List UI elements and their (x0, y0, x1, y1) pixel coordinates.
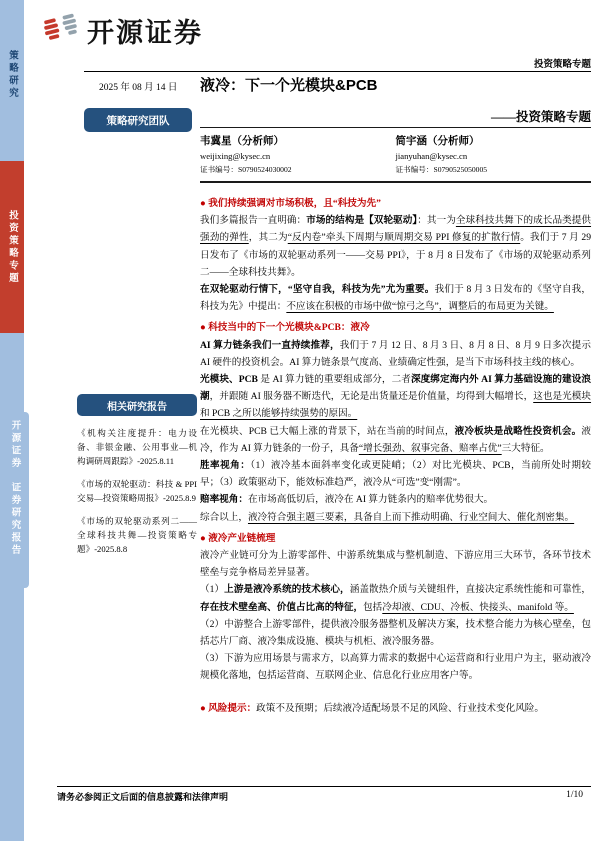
body-blocks: ● 我们持续强调对市场积极，且“科技为先”我们多篇报告一直明确：市场的结构是【双… (200, 191, 591, 717)
body-paragraph: 在双轮驱动行情下，“坚守自我，科技为先”尤为重要。我们于 8 月 3 日发布的《… (200, 281, 591, 315)
text-segment: 上游是液冷系统的技术核心， (224, 584, 350, 595)
footer-divider (57, 786, 591, 787)
body-paragraph: 在光模块、PCB 已大幅上涨的背景下，站在当前的时间点，液冷板块是战略性投资机会… (200, 423, 591, 457)
section-heading: ● 液冷产业链梳理 (200, 530, 591, 547)
sidebar-label-research: 策略研究 (0, 50, 24, 100)
analyst-email: weijixing@kysec.cn (200, 151, 396, 161)
text-segment: 综合以上， (200, 512, 248, 523)
analysts-row: 韦冀星（分析师）weijixing@kysec.cn证书编号：S07905240… (200, 133, 591, 175)
sidebar-label-research-text: 策略研究 (5, 50, 19, 100)
text-segment: 冷却液、CDU、冷板、快接头、manifold 等。 (382, 602, 574, 613)
body-paragraph: 我们多篇报告一直明确：市场的结构是【双轮驱动】：其一为全球科技共舞下的成长品类提… (200, 212, 591, 281)
text-segment: （2）中游整合上游零部件，提供液冷服务器整机及解决方案，技术整合能力为核心壁垒，… (200, 619, 591, 647)
related-reports: 相关研究报告 《机构关注度提升：电力设备、非银金融、公用事业—机构调研周跟踪》-… (77, 394, 197, 565)
related-reports-list: 《机构关注度提升：电力设备、非银金融、公用事业—机构调研周跟踪》-2025.8.… (77, 426, 197, 556)
analyst-card: 韦冀星（分析师）weijixing@kysec.cn证书编号：S07905240… (200, 133, 396, 175)
brand-logo-icon (42, 10, 82, 51)
text-segment: 在光模块、PCB 已大幅上涨的背景下，站在当前的时间点， (200, 426, 455, 437)
body-paragraph: 赔率视角：在市场高低切后，液冷在 AI 算力链条内的赔率优势很大。 (200, 491, 591, 508)
analyst-block: 韦冀星（分析师）weijixing@kysec.cn证书编号：S07905240… (200, 127, 591, 183)
report-subtitle: ——投资策略专题 (491, 107, 591, 125)
text-segment: 赔率视角： (200, 494, 248, 505)
body-paragraph: 综合以上，液冷符合强主题三要素，具备自上而下推动明确、行业空间大、催化剂密集。 (200, 509, 591, 526)
text-segment: 液冷符合强主题三要素，具备自上而下推动明确、行业空间大、催化剂密集。 (248, 512, 574, 523)
text-segment: 包括 (363, 602, 382, 613)
section-heading: ● 我们持续强调对市场积极，且“科技为先” (200, 195, 591, 212)
body-paragraph: （2）中游整合上游零部件，提供液冷服务器整机及解决方案，技术整合能力为核心壁垒，… (200, 616, 591, 650)
analyst-email: jianyuhan@kysec.cn (396, 151, 592, 161)
footer-disclaimer: 请务必参阅正文后面的信息披露和法律声明 (57, 790, 228, 803)
text-segment: “反内卷”牵头下周期与顺周期交易 PPI 修复的扩散行情 (288, 232, 520, 243)
text-segment: ，并跟随 AI 服务器不断迭代，无论是出货量还是价值量，均得到大幅增长， (210, 391, 534, 402)
text-segment: ● 我们持续强调对市场积极，且“科技为先” (200, 198, 381, 209)
related-report-item: 《市场的双轮驱动：科技 & PPI 交易—投资策略周报》-2025.8.9 (77, 477, 197, 505)
team-badge: 策略研究团队 (84, 108, 192, 132)
text-segment: 不应该在积极的市场中做“惊弓之鸟”，调整后的布局更为关键。 (286, 301, 554, 312)
body-paragraph: ● 风险提示：政策不及预期；后续液冷适配场景不足的风险、行业技术变化风险。 (200, 700, 591, 717)
sidebar-red-band: 投资策略专题 (0, 161, 24, 333)
body-paragraph: AI 算力链条我们一直持续推荐，我们于 7 月 12 日、8 月 3 日、8 月… (200, 337, 591, 371)
text-segment: （1） (200, 584, 224, 595)
text-segment: ● 风险提示： (200, 703, 256, 714)
analyst-name: 简宇涵（分析师） (396, 133, 592, 148)
text-segment: ：其一为 (417, 215, 456, 226)
related-report-item: 《市场的双轮驱动系列二——全球科技共舞—投资策略专题》-2025.8.8 (77, 514, 197, 556)
analyst-name: 韦冀星（分析师） (200, 133, 396, 148)
sidebar-label-topic-text: 投资策略专题 (5, 210, 19, 285)
text-segment: 存在技术壁垒高、价值占比高的特征， (200, 602, 363, 613)
section-heading: ● 科技当中的下一个光模块&PCB：液冷 (200, 319, 591, 336)
page-number: 1/10 (566, 790, 583, 800)
analyst-cert: 证书编号：S0790525050005 (396, 164, 592, 175)
analyst-cert: 证书编号：S0790524030002 (200, 164, 396, 175)
header-divider (84, 71, 591, 72)
text-segment: 胜率视角： (200, 460, 250, 471)
text-segment: 液冷板块是战略性投资机会。 (455, 426, 582, 437)
body-paragraph: 光模块、PCB 是 AI 算力链的重要组成部分，二者深度绑定海内外 AI 算力基… (200, 371, 591, 423)
text-segment: ● 液冷产业链梳理 (200, 533, 275, 544)
text-segment: “增长强劲、叙事完备、赔率占优” (359, 443, 502, 454)
text-segment: 三大特征。 (502, 443, 550, 454)
sidebar-label-brand: 开源证券 证券研究报告 (0, 420, 29, 557)
text-segment: AI 算力链条我们一直持续推荐， (200, 340, 340, 351)
body-paragraph: 液冷产业链可分为上游零部件、中游系统集成与整机制造、下游应用三大环节，各环节技术… (200, 547, 591, 581)
text-segment: ，其二为 (249, 232, 288, 243)
text-segment: 我们多篇报告一直明确： (200, 215, 306, 226)
related-report-item: 《机构关注度提升：电力设备、非银金融、公用事业—机构调研周跟踪》-2025.8.… (77, 426, 197, 468)
sidebar-label-secreport-text: 证券研究报告 (8, 482, 22, 557)
text-segment: 市场的结构是【双轮驱动】 (306, 215, 417, 226)
brand-name: 开源证券 (87, 11, 203, 50)
body-paragraph: （1）上游是液冷系统的技术核心，涵盖散热介质与关键组件，直接决定系统性能和可靠性… (200, 581, 591, 615)
text-segment: （3）下游为应用场景与需求方，以高算力需求的数据中心运营商和行业用户为主，驱动液… (200, 653, 591, 681)
related-reports-badge: 相关研究报告 (77, 394, 197, 416)
page-title: 液冷：下一个光模块&PCB (200, 74, 378, 95)
text-segment: 液冷产业链可分为上游零部件、中游系统集成与整机制造、下游应用三大环节，各环节技术… (200, 550, 591, 578)
text-segment: 在市场高低切后，液冷在 AI 算力链条内的赔率优势很大。 (248, 494, 493, 505)
text-segment: 在双轮驱动行情下，“坚守自我，科技为先”尤为重要。 (200, 284, 435, 295)
text-segment: ● 科技当中的下一个光模块&PCB：液冷 (200, 322, 370, 333)
sidebar-label-brand-text: 开源证券 (8, 420, 22, 470)
text-segment: 是 AI 算力链的重要组成部分，二者 (258, 374, 411, 385)
body-paragraph: （3）下游为应用场景与需求方，以高算力需求的数据中心运营商和行业用户为主，驱动液… (200, 650, 591, 684)
category-tag: 投资策略专题 (534, 56, 591, 70)
brand-logo: 开源证券 (42, 10, 203, 51)
analyst-card: 简宇涵（分析师）jianyuhan@kysec.cn证书编号：S07905250… (396, 133, 592, 175)
text-segment: （1）液冷基本面斜率变化或更陡峭；（2）对比光模块、PCB，当前所处时期较早；（… (200, 460, 591, 488)
text-segment: 光模块、PCB (200, 374, 258, 385)
report-page: 策略研究 投资策略专题 开源证券 证券研究报告 (0, 0, 595, 841)
text-segment: 涵盖散热介质与关键组件，直接决定系统性能和可靠性， (350, 584, 591, 595)
body-paragraph: 胜率视角：（1）液冷基本面斜率变化或更陡峭；（2）对比光模块、PCB，当前所处时… (200, 457, 591, 491)
report-date: 2025 年 08 月 14 日 (99, 79, 177, 93)
text-segment: 政策不及预期；后续液冷适配场景不足的风险、行业技术变化风险。 (256, 703, 544, 714)
